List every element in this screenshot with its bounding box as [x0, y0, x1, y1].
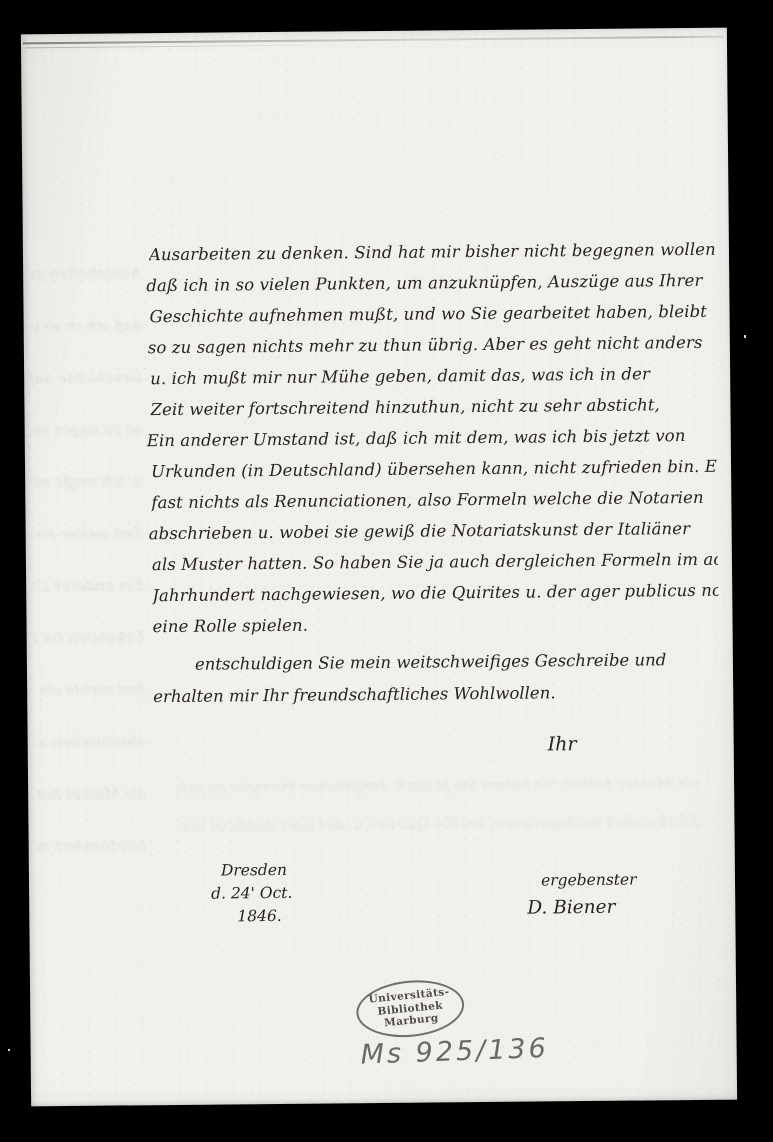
signature-name: D. Biener [527, 894, 637, 922]
dateline-place: Dresden [211, 859, 292, 883]
dust-speck [744, 335, 746, 338]
valediction: Ihr [548, 733, 577, 755]
letter-page: Ausarbeiten zu denken. Sind hat mir bish… [21, 28, 737, 1107]
dateline: Dresden d. 24' Oct. 1846. [211, 859, 293, 929]
page-top-fold-shadow [25, 44, 350, 48]
closing-line: entschuldigen Sie mein weitschweifiges G… [153, 644, 719, 681]
dateline-day: d. 24' Oct. [211, 882, 292, 906]
closing-line: erhalten mir Ihr freundschaftliches Wohl… [153, 676, 719, 713]
library-stamp: Universitäts- Bibliothek Marburg [354, 976, 467, 1042]
signature-block: ergebenster D. Biener [527, 867, 637, 922]
scan-background: Ausarbeiten zu denken. Sind hat mir bish… [0, 0, 773, 1142]
body-line: eine Rolle spielen. [152, 606, 718, 642]
body-line: Jahrhundert nachgewiesen, wo die Quirite… [152, 575, 718, 611]
dateline-year: 1846. [211, 905, 292, 929]
dust-speck [8, 1049, 10, 1051]
shelfmark-pencil: Ms 925/136 [360, 1033, 549, 1071]
bleed-through-mid-page: als Muster hatten. So haben Sie ja auch … [178, 764, 699, 845]
letter-closing: entschuldigen Sie mein weitschweifiges G… [153, 644, 720, 713]
letter-body: Ausarbeiten zu denken. Sind hat mir bish… [149, 234, 719, 642]
bleed-through-left-column: Ausarbeiten zu denken. Sind hat mir bish… [29, 247, 147, 872]
page-top-fold-edge [23, 36, 724, 45]
signature-closing: ergebenster [527, 867, 637, 895]
